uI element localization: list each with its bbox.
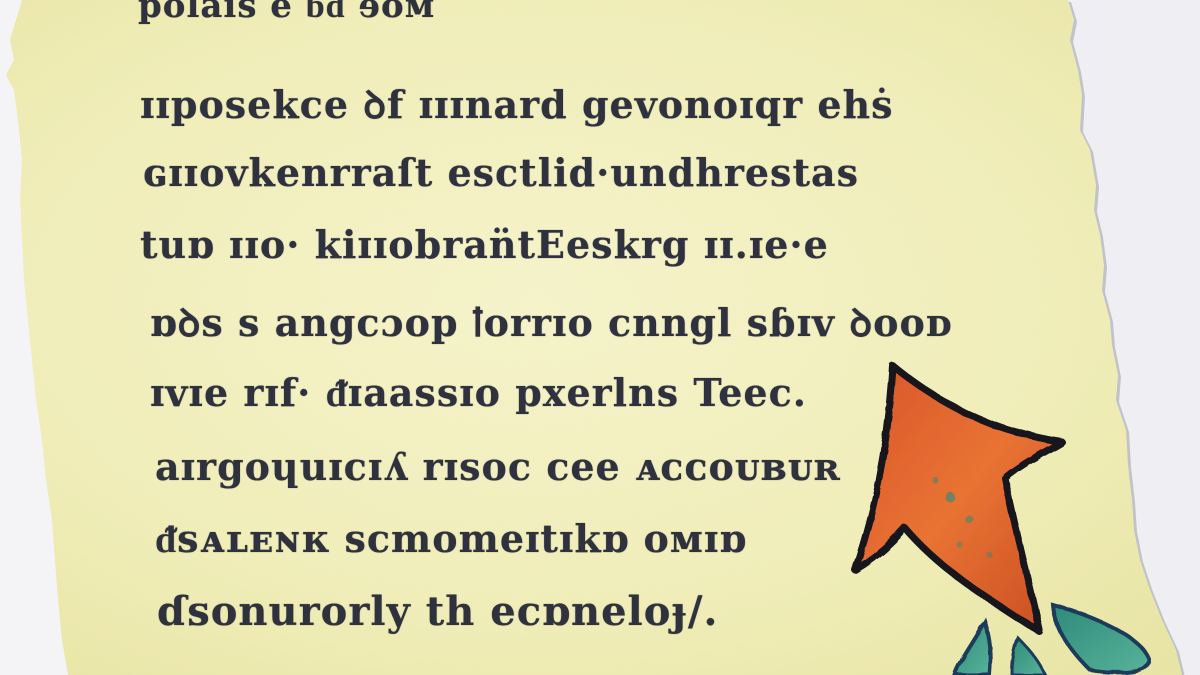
manuscript-line-8: ᵭsᴀʟᴇɴᴋ scmomeɪtɪkɒ ᴏᴍɪɒ xyxy=(155,516,747,562)
manuscript-line-4: tuɒ ɪɪo· kiɪɪobran̈tEeskrg ɪɪ.ɪe·e xyxy=(140,222,829,267)
manuscript-scene: polaís e ᵬᵭ ɘoᴍ ɪɪposekce ꝺf ɪɪɪnard gev… xyxy=(0,0,1200,675)
manuscript-line-1: polaís e ᵬᵭ ɘoᴍ xyxy=(138,0,435,26)
manuscript-line-5: ɒꝺs s angcɔop ꝉorrɪo cnngl sɓɪv ꝺooᴅ xyxy=(150,296,952,348)
manuscript-line-9: ɗꜱonurorly th ecɒneloɟ/. xyxy=(157,588,718,635)
manuscript-line-2: ɪɪposekce ꝺf ɪɪɪnard gevonoɪqr ehṡ xyxy=(140,78,894,130)
manuscript-line-3: ɢɪɪovkenrraſt esctlid·undhrestas xyxy=(143,150,859,195)
manuscript-line-7: aɪrgoɥuɪcɪʎ rɪsoc cee ᴀᴄᴄᴏᴜʙᴜʀ xyxy=(155,444,841,489)
manuscript-line-6: ɪvɪe rɪf· ᵭɪaassɪo pxerlns Teec. xyxy=(150,370,807,416)
